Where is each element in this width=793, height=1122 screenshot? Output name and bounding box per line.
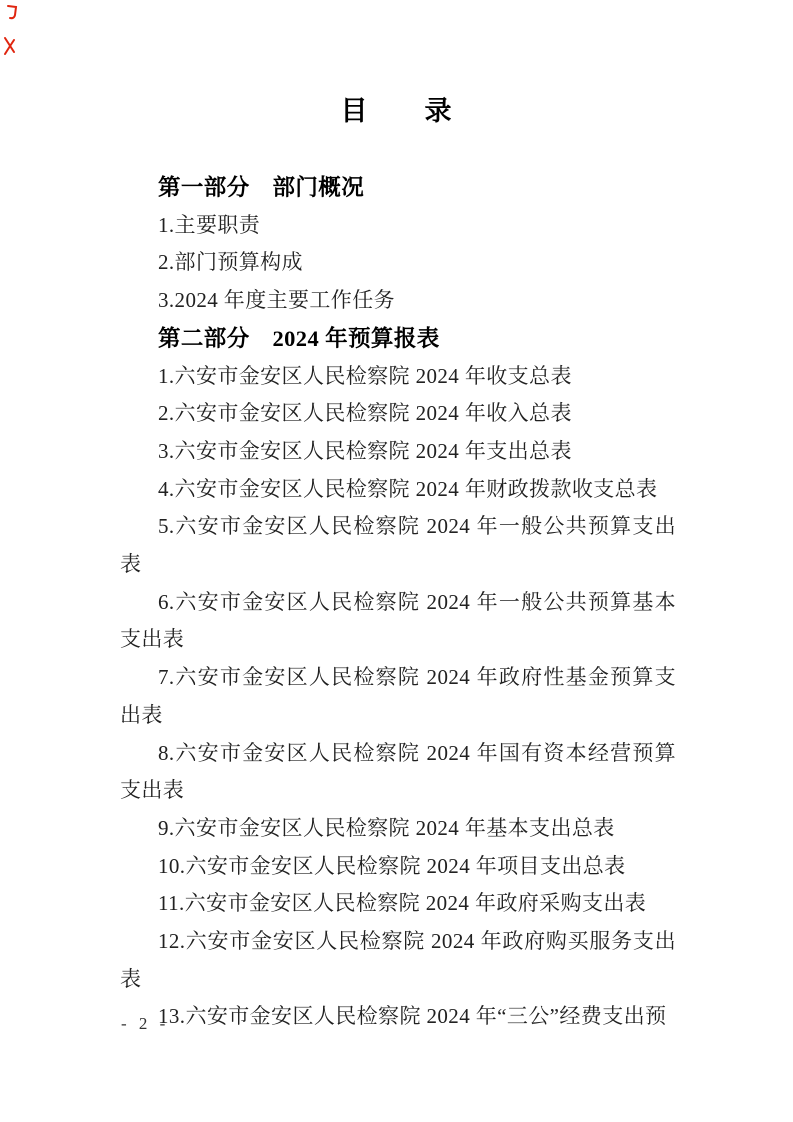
toc-item: 5.六安市金安区人民检察院 2024 年一般公共预算支出表	[120, 508, 676, 583]
toc-item: 7.六安市金安区人民检察院 2024 年政府性基金预算支出表	[120, 659, 676, 734]
section-heading-part2: 第二部分 2024 年预算报表	[120, 320, 676, 358]
red-ink-stroke-top-icon	[5, 3, 21, 23]
toc-item: 3.六安市金安区人民检察院 2024 年支出总表	[120, 433, 676, 471]
document-title: 目 录	[0, 91, 793, 131]
toc-item: 8.六安市金安区人民检察院 2024 年国有资本经营预算支出表	[120, 735, 676, 810]
toc-item: 2.六安市金安区人民检察院 2024 年收入总表	[120, 395, 676, 433]
toc-item: 6.六安市金安区人民检察院 2024 年一般公共预算基本支出表	[120, 584, 676, 659]
toc-item: 3.2024 年度主要工作任务	[120, 282, 676, 320]
toc-item: 11.六安市金安区人民检察院 2024 年政府采购支出表	[120, 885, 676, 923]
toc-item: 4.六安市金安区人民检察院 2024 年财政拨款收支总表	[120, 471, 676, 509]
toc-item: 1.主要职责	[120, 207, 676, 245]
document-page: 目 录 第一部分 部门概况 1.主要职责 2.部门预算构成 3.2024 年度主…	[0, 0, 793, 1122]
toc-item: 12.六安市金安区人民检察院 2024 年政府购买服务支出表	[120, 923, 676, 998]
red-ink-stroke-bottom-icon	[2, 34, 18, 58]
page-number: - 2 -	[121, 1014, 169, 1034]
toc-item: 10.六安市金安区人民检察院 2024 年项目支出总表	[120, 848, 676, 886]
toc-item: 9.六安市金安区人民检察院 2024 年基本支出总表	[120, 810, 676, 848]
toc-item: 13.六安市金安区人民检察院 2024 年“三公”经费支出预	[120, 998, 676, 1036]
section-heading-part1: 第一部分 部门概况	[120, 169, 676, 207]
table-of-contents: 第一部分 部门概况 1.主要职责 2.部门预算构成 3.2024 年度主要工作任…	[120, 169, 676, 1036]
toc-item: 1.六安市金安区人民检察院 2024 年收支总表	[120, 358, 676, 396]
toc-item: 2.部门预算构成	[120, 244, 676, 282]
